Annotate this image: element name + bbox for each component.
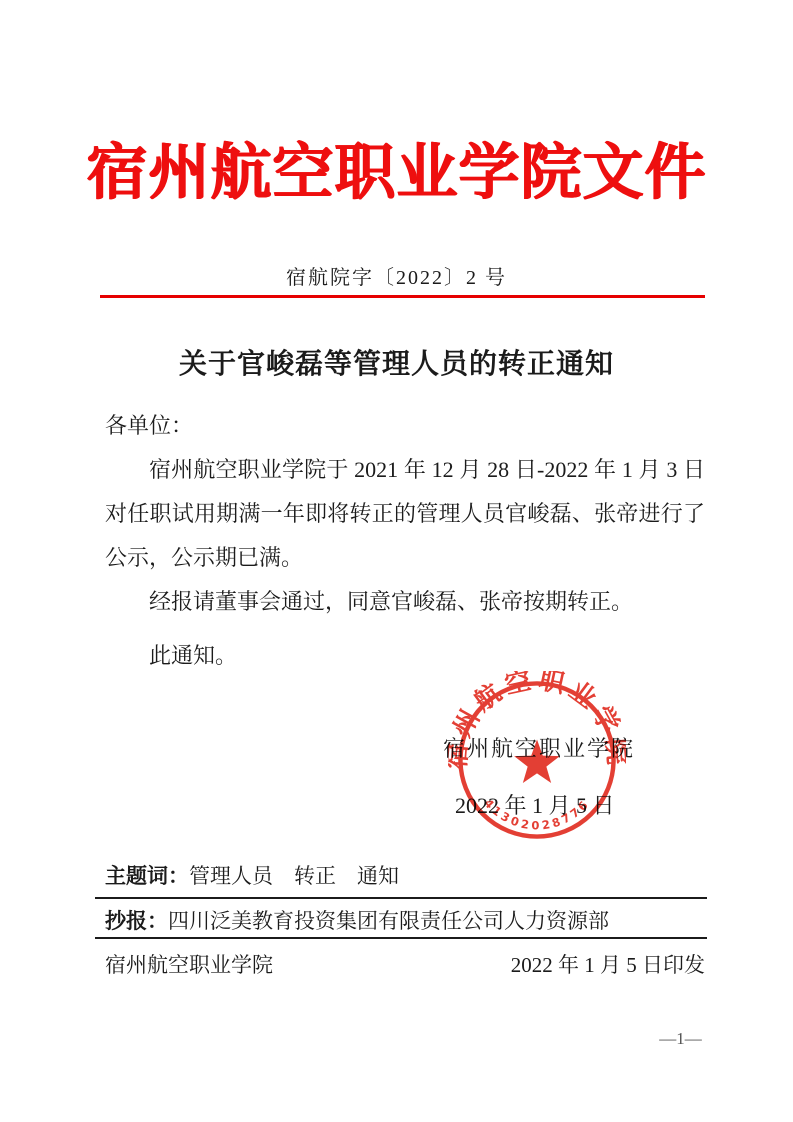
body-paragraph: 经报请董事会通过，同意官峻磊、张帝按期转正。 [105,580,705,624]
subject-line: 主题词：管理人员 转正 通知 [105,860,705,890]
document-page: 宿州航空职业学院文件 宿航院字〔2022〕2 号 关于官峻磊等管理人员的转正通知… [0,0,793,1122]
cc-label: 抄报： [105,910,168,933]
red-star-icon [514,740,560,783]
salutation: 各单位： [105,404,705,448]
red-separator-rule [100,295,705,298]
footer-issuer: 宿州航空职业学院 [105,949,273,979]
official-seal: 宿州航空职业学院 41302028776 [448,671,626,849]
separator-line [95,937,707,939]
subject-label: 主题词： [105,865,189,888]
footer-print-date: 2022 年 1 月 5 日印发 [511,949,705,979]
subject-terms: 管理人员 转正 通知 [189,864,399,888]
cc-value: 四川泛美教育投资集团有限责任公司人力资源部 [168,909,609,933]
body-paragraph: 宿州航空职业学院于 2021 年 12 月 28 日-2022 年 1 月 3 … [105,448,705,580]
footer-line: 宿州航空职业学院 2022 年 1 月 5 日印发 [105,949,705,979]
cc-line: 抄报：四川泛美教育投资集团有限责任公司人力资源部 [105,905,705,935]
notice-body: 各单位： 宿州航空职业学院于 2021 年 12 月 28 日-2022 年 1… [105,404,705,678]
document-header-title: 宿州航空职业学院文件 [0,124,793,211]
doc-number: 宿航院字〔2022〕2 号 [0,261,793,290]
notice-title: 关于官峻磊等管理人员的转正通知 [0,342,793,382]
separator-line [95,897,707,899]
page-number: —1— [648,1029,713,1049]
